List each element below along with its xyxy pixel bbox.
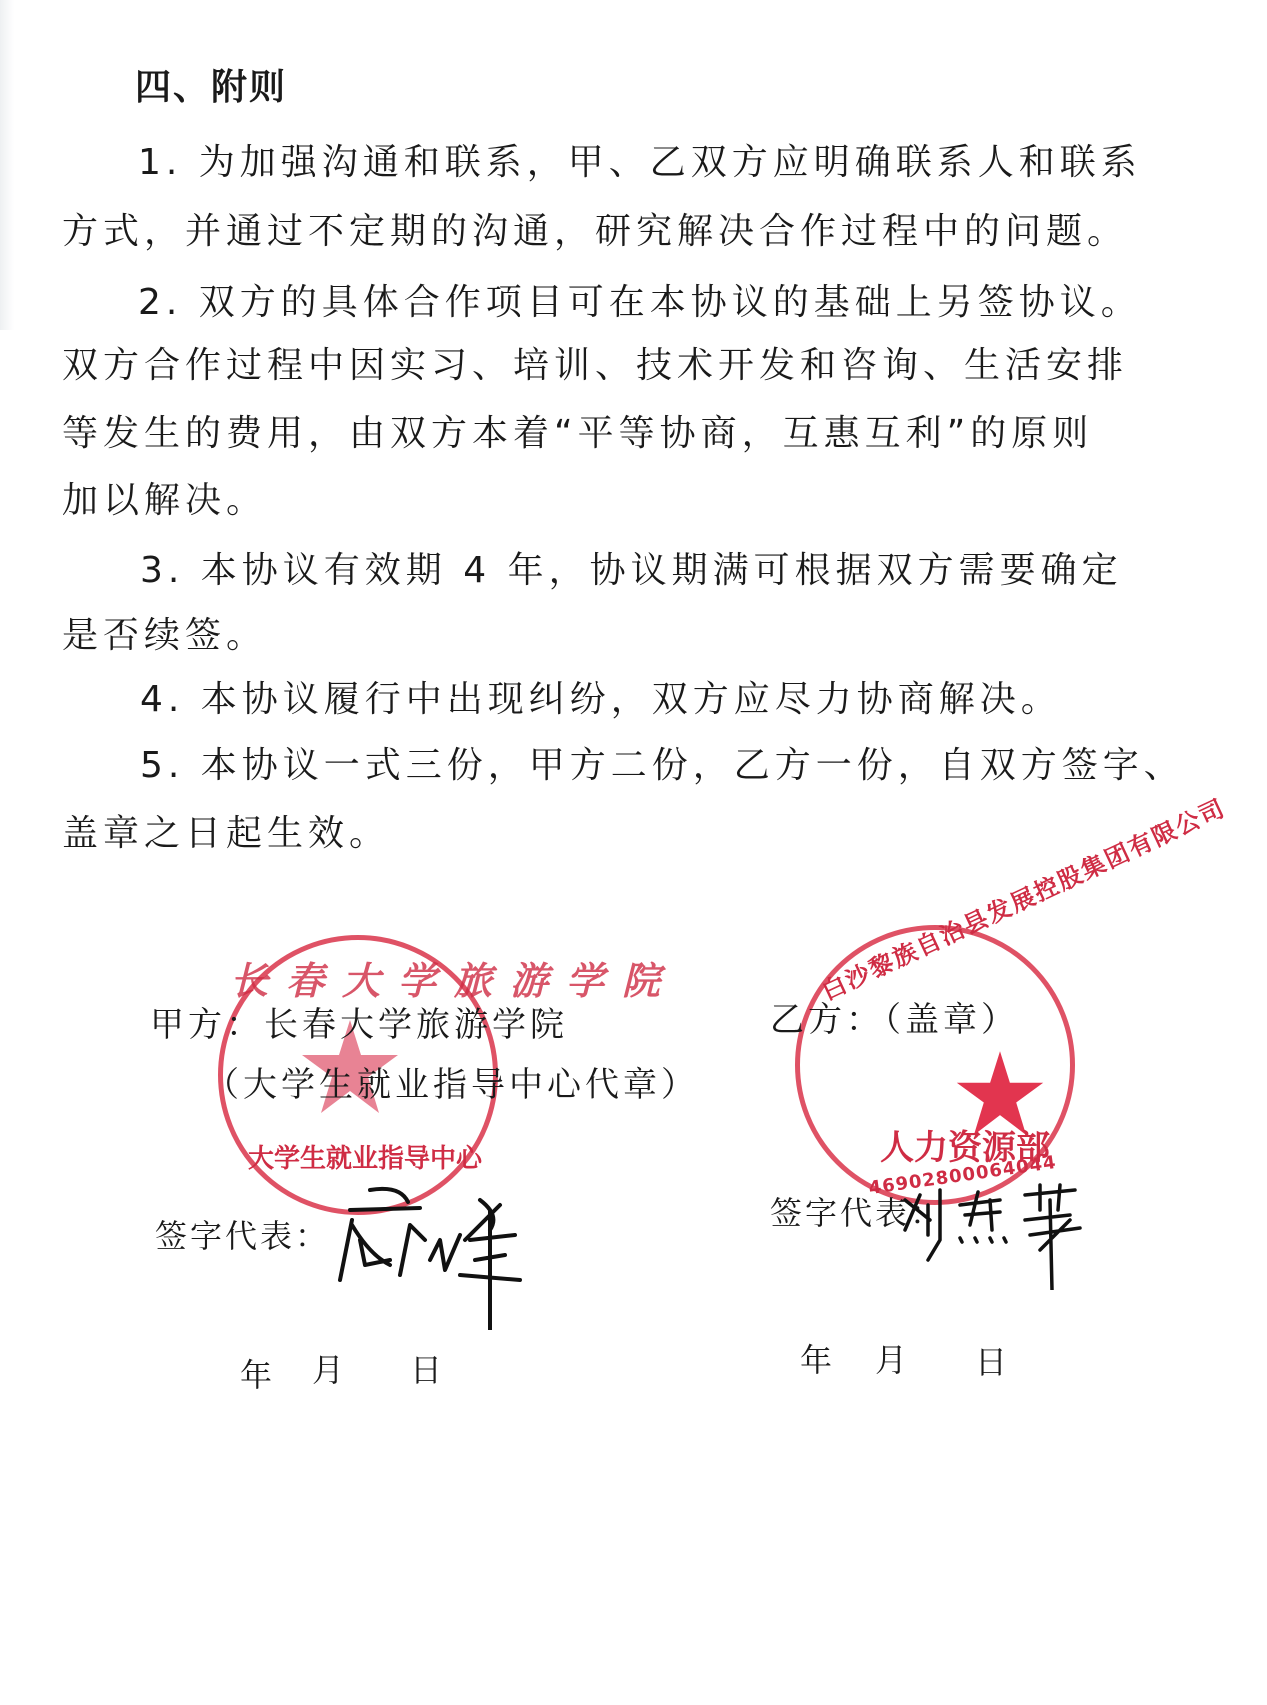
- party-b-label: 乙方：（盖章）: [770, 1003, 1019, 1037]
- party-a-date-month: 月: [312, 1345, 344, 1391]
- clause-2-line-4: 加以解决。: [62, 483, 267, 519]
- party-a-date-year: 年: [240, 1350, 272, 1396]
- clause-2-line-2: 双方合作过程中因实习、培训、技术开发和咨询、生活安排: [62, 348, 1128, 384]
- party-a-date-day: 日: [410, 1345, 442, 1391]
- clause-2-line-1: 2. 双方的具体合作项目可在本协议的基础上另签协议。: [138, 285, 1142, 321]
- clause-1-line-1: 1. 为加强沟通和联系，甲、乙双方应明确联系人和联系: [138, 145, 1142, 181]
- party-a-label: 甲方：长春大学旅游学院: [150, 1008, 568, 1042]
- party-b-signature: [900, 1180, 1090, 1290]
- party-a-signer-label: 签字代表：: [155, 1220, 330, 1252]
- party-a-stamp-center-text: 大学生就业指导中心: [248, 1138, 482, 1175]
- clause-5-line-2: 盖章之日起生效。: [62, 816, 390, 852]
- section-heading: 四、附则: [135, 70, 287, 106]
- party-a-signature: [330, 1180, 550, 1330]
- party-a-sub-label: （大学生就业指导中心代章）: [205, 1068, 699, 1102]
- page-edge-shadow: [0, 0, 14, 330]
- clause-2-line-3: 等发生的费用，由双方本着“平等协商，互惠互利”的原则: [62, 416, 1093, 452]
- party-b-date-year: 年: [800, 1335, 832, 1381]
- party-b-date-month: 月: [875, 1335, 907, 1381]
- clause-3-line-1: 3. 本协议有效期 4 年，协议期满可根据双方需要确定: [140, 553, 1123, 589]
- clause-1-line-2: 方式，并通过不定期的沟通，研究解决合作过程中的问题。: [62, 214, 1128, 250]
- party-a-stamp-ring-text: 长春大学旅游学院: [230, 950, 678, 1005]
- clause-4-line-1: 4. 本协议履行中出现纠纷，双方应尽力协商解决。: [140, 682, 1062, 718]
- clause-3-line-2: 是否续签。: [62, 618, 267, 654]
- party-b-date-day: 日: [975, 1337, 1007, 1383]
- clause-5-line-1: 5. 本协议一式三份，甲方二份，乙方一份，自双方签字、: [140, 748, 1185, 784]
